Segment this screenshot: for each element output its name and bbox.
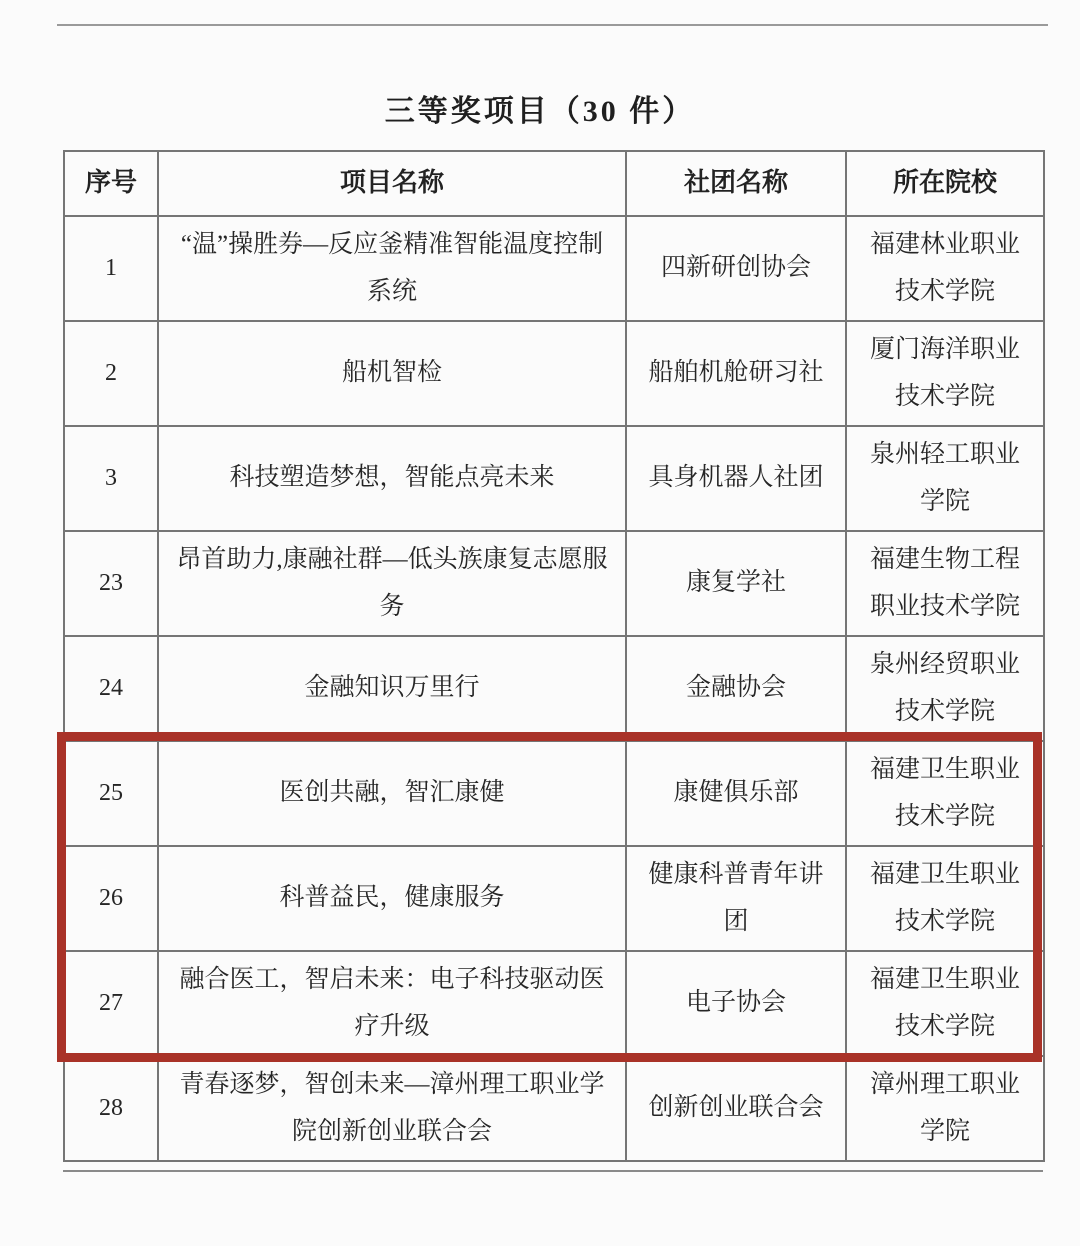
cell-project: 科技塑造梦想，智能点亮未来: [158, 426, 626, 531]
cell-no: 24: [64, 636, 158, 741]
cell-no: 25: [64, 741, 158, 846]
table-row-highlighted: 26 科普益民，健康服务 健康科普青年讲团 福建卫生职业技术学院: [64, 846, 1044, 951]
cell-no: 1: [64, 216, 158, 321]
cell-no: 28: [64, 1056, 158, 1161]
col-header-school: 所在院校: [846, 151, 1044, 216]
previous-table-bottom-border: [57, 24, 1048, 26]
cell-school: 漳州理工职业学院: [846, 1056, 1044, 1161]
page-title: 三等奖项目（30 件）: [0, 86, 1080, 130]
cell-school: 泉州经贸职业技术学院: [846, 636, 1044, 741]
cell-project: 青春逐梦，智创未来—漳州理工职业学院创新创业联合会: [158, 1056, 626, 1161]
cell-club: 康健俱乐部: [626, 741, 846, 846]
table-row: 23 昂首助力,康融社群—低头族康复志愿服务 康复学社 福建生物工程职业技术学院: [64, 531, 1044, 636]
col-header-club: 社团名称: [626, 151, 846, 216]
cell-project: 昂首助力,康融社群—低头族康复志愿服务: [158, 531, 626, 636]
cell-no: 2: [64, 321, 158, 426]
table-row: 28 青春逐梦，智创未来—漳州理工职业学院创新创业联合会 创新创业联合会 漳州理…: [64, 1056, 1044, 1161]
col-header-project: 项目名称: [158, 151, 626, 216]
cell-club: 四新研创协会: [626, 216, 846, 321]
cell-no: 23: [64, 531, 158, 636]
cell-project: 医创共融，智汇康健: [158, 741, 626, 846]
awards-table: 序号 项目名称 社团名称 所在院校 1 “温”操胜券—反应釜精准智能温度控制系统…: [63, 150, 1045, 1162]
col-header-no: 序号: [64, 151, 158, 216]
cell-club: 电子协会: [626, 951, 846, 1056]
table-row: 1 “温”操胜券—反应釜精准智能温度控制系统 四新研创协会 福建林业职业技术学院: [64, 216, 1044, 321]
table-row: 3 科技塑造梦想，智能点亮未来 具身机器人社团 泉州轻工职业学院: [64, 426, 1044, 531]
cell-school: 福建生物工程职业技术学院: [846, 531, 1044, 636]
table-row: 2 船机智检 船舶机舱研习社 厦门海洋职业技术学院: [64, 321, 1044, 426]
cell-club: 创新创业联合会: [626, 1056, 846, 1161]
cell-club: 船舶机舱研习社: [626, 321, 846, 426]
cell-project: 金融知识万里行: [158, 636, 626, 741]
cell-school: 福建林业职业技术学院: [846, 216, 1044, 321]
cell-project: 融合医工，智启未来：电子科技驱动医疗升级: [158, 951, 626, 1056]
header-row: 序号 项目名称 社团名称 所在院校: [64, 151, 1044, 216]
cell-project: “温”操胜券—反应釜精准智能温度控制系统: [158, 216, 626, 321]
cell-school: 福建卫生职业技术学院: [846, 846, 1044, 951]
cell-club: 康复学社: [626, 531, 846, 636]
cell-club: 金融协会: [626, 636, 846, 741]
table-row-highlighted: 27 融合医工，智启未来：电子科技驱动医疗升级 电子协会 福建卫生职业技术学院: [64, 951, 1044, 1056]
cell-school: 福建卫生职业技术学院: [846, 741, 1044, 846]
cell-club: 健康科普青年讲团: [626, 846, 846, 951]
table-row-highlighted: 25 医创共融，智汇康健 康健俱乐部 福建卫生职业技术学院: [64, 741, 1044, 846]
cell-no: 3: [64, 426, 158, 531]
cell-club: 具身机器人社团: [626, 426, 846, 531]
next-row-top-border: [63, 1170, 1043, 1172]
cell-school: 厦门海洋职业技术学院: [846, 321, 1044, 426]
cell-no: 27: [64, 951, 158, 1056]
table-row: 24 金融知识万里行 金融协会 泉州经贸职业技术学院: [64, 636, 1044, 741]
cell-school: 福建卫生职业技术学院: [846, 951, 1044, 1056]
cell-no: 26: [64, 846, 158, 951]
cell-school: 泉州轻工职业学院: [846, 426, 1044, 531]
cell-project: 科普益民，健康服务: [158, 846, 626, 951]
cell-project: 船机智检: [158, 321, 626, 426]
